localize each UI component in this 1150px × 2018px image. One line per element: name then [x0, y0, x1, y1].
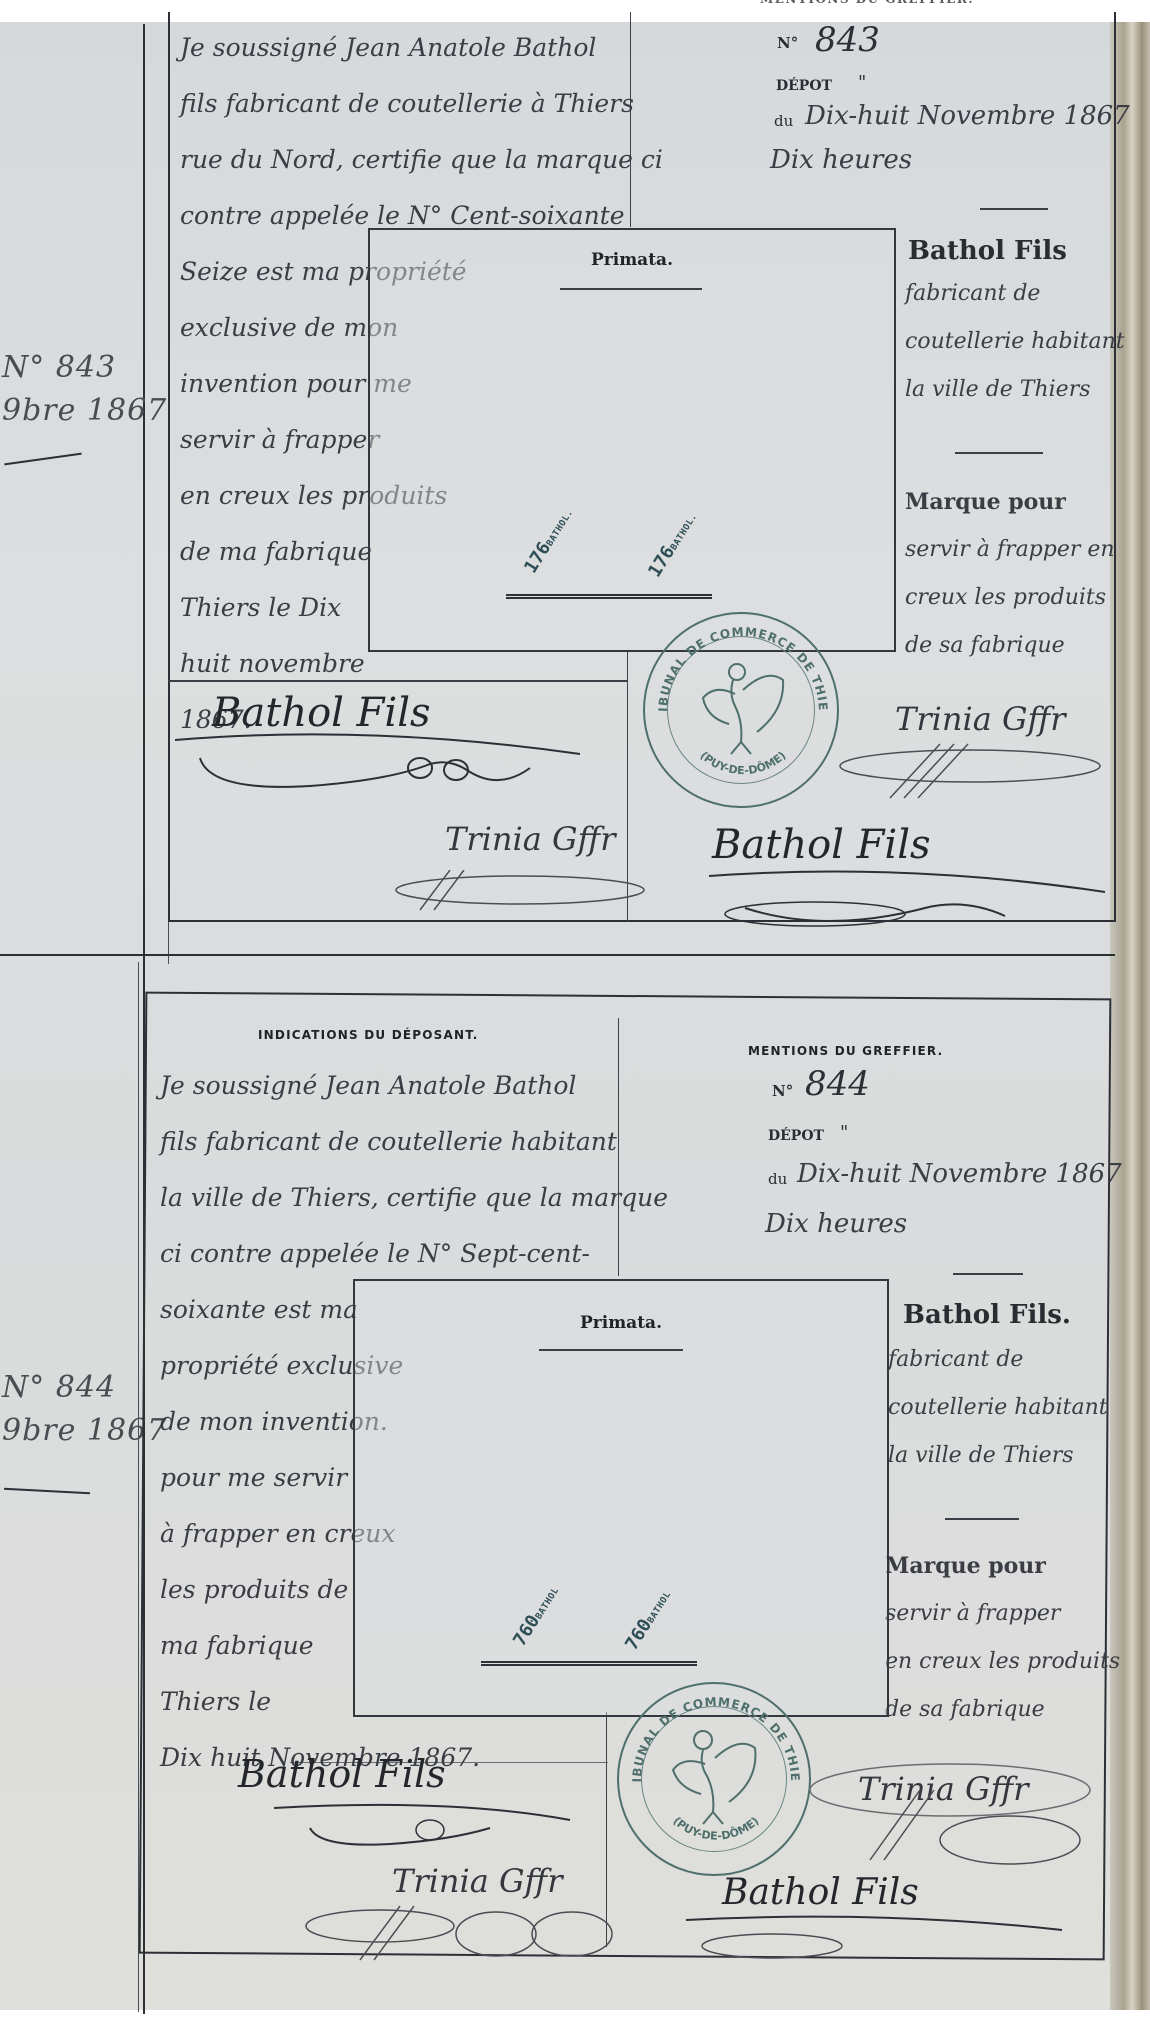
- greffier-flourish-icon: [800, 1760, 1100, 1870]
- trademark-title-rule: [539, 1349, 683, 1351]
- trademark-stamp: 760BATHOL: [621, 1585, 675, 1654]
- marque-line: servir à frapper: [885, 1590, 1120, 1638]
- number-label: N°: [772, 1082, 793, 1100]
- trademark-stamp: 760BATHOL: [509, 1581, 563, 1650]
- section-rule: [953, 1273, 1023, 1275]
- greffier-header: MENTIONS DU GREFFIER.: [748, 1044, 943, 1058]
- deposant-signature-left: Bathol Fils: [238, 1752, 446, 1796]
- eagle-emblem-icon: TRIBUNAL DE COMMERCE DE THIERS (PUY-DE-D…: [619, 1684, 813, 1878]
- marque-line: Marque pour: [885, 1542, 1120, 1590]
- detail-line: fabricant de: [888, 1336, 1108, 1384]
- marque-line: de sa fabrique: [885, 1686, 1120, 1734]
- declaration-line: ci contre appelée le N° Sept-cent-: [160, 1226, 668, 1282]
- signature-flourish-icon: [682, 1914, 1082, 1964]
- depot-time: Dix heures: [765, 1196, 907, 1252]
- deposant-name: Bathol Fils.: [903, 1300, 1071, 1330]
- detail-line: coutellerie habitant: [888, 1384, 1108, 1432]
- du-label: du: [768, 1170, 787, 1188]
- svg-text:TRIBUNAL DE COMMERCE DE THIERS: TRIBUNAL DE COMMERCE DE THIERS: [619, 1684, 802, 1783]
- marque-description: Marque pour servir à frapper en creux le…: [885, 1542, 1120, 1734]
- depot-label: DÉPOT: [768, 1128, 824, 1144]
- depot-date: Dix-huit Novembre 1867: [797, 1146, 1122, 1202]
- detail-line: la ville de Thiers: [888, 1432, 1108, 1480]
- greffier-signature-left: Trinia Gffr: [392, 1862, 563, 1900]
- greffier-flourish-icon: [300, 1902, 630, 1962]
- depot-mark: ": [840, 1122, 848, 1143]
- svg-text:(PUY-DE-DÔME): (PUY-DE-DÔME): [670, 1814, 761, 1842]
- deposant-header: INDICATIONS DU DÉPOSANT.: [258, 1028, 479, 1042]
- declaration-line: Je soussigné Jean Anatole Bathol: [160, 1058, 668, 1114]
- register-entry-844: INDICATIONS DU DÉPOSANT. MENTIONS DU GRE…: [0, 0, 1150, 2018]
- trademark-base-rule: [481, 1661, 697, 1666]
- marque-line: en creux les produits: [885, 1638, 1120, 1686]
- section-rule: [945, 1518, 1019, 1520]
- trademark-box: Primata. 760BATHOL 760BATHOL: [353, 1279, 889, 1717]
- entry-number: 844: [805, 1064, 870, 1104]
- deposant-signature-right: Bathol Fils: [722, 1872, 919, 1913]
- declaration-line: la ville de Thiers, certifie que la marq…: [160, 1170, 668, 1226]
- deposant-details: fabricant de coutellerie habitant la vil…: [888, 1336, 1108, 1480]
- signature-flourish-icon: [270, 1800, 600, 1850]
- tribunal-seal: TRIBUNAL DE COMMERCE DE THIERS (PUY-DE-D…: [617, 1682, 811, 1876]
- trademark-title: Primata.: [355, 1313, 887, 1333]
- declaration-line: fils fabricant de coutellerie habitant: [160, 1114, 668, 1170]
